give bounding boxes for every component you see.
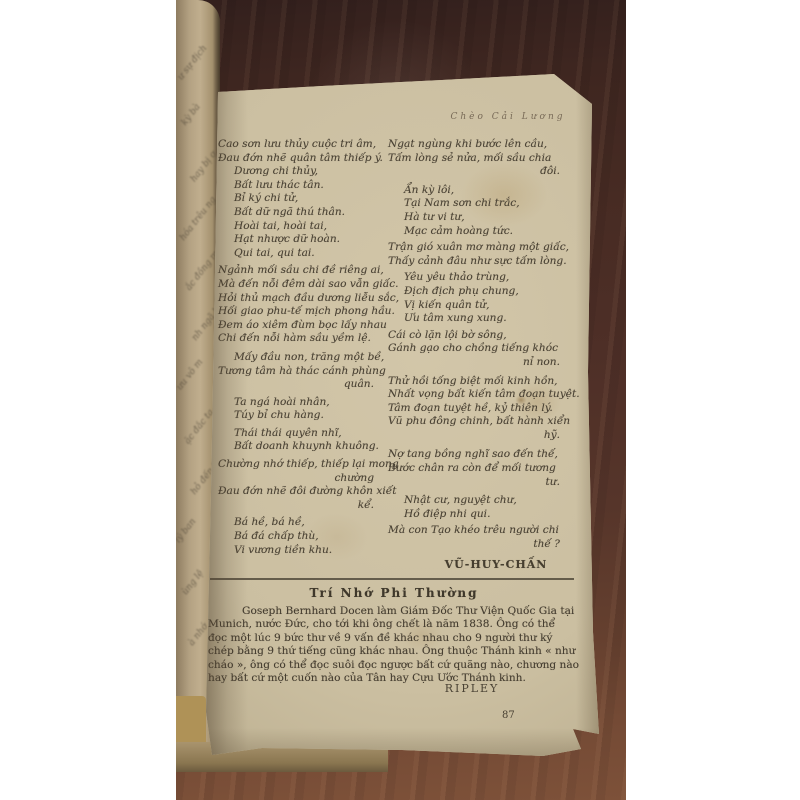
feature-byline: RIPLEY — [402, 682, 542, 695]
screenshot-canvas: ư sự địchkỳ bàhay bị ơhóa trêu ngắc đồng… — [0, 0, 800, 800]
poem-line: Ưu tâm xung xung. — [404, 312, 576, 326]
poem-line: Dương chi thủy, — [234, 165, 390, 179]
poem-line: Bất doanh khuynh khuông. — [234, 440, 390, 454]
poem-line: Mấy đầu non, trăng một bề, — [234, 351, 390, 365]
poem-line: Yêu yêu thảo trùng, — [404, 271, 576, 285]
poem-line: Thấy cảnh đâu như sực tấm lòng. — [388, 255, 576, 269]
poem-line: Mạc cảm hoàng tức. — [404, 225, 576, 239]
book-photo: ư sự địchkỳ bàhay bị ơhóa trêu ngắc đồng… — [176, 0, 626, 800]
poem-line: Mà con Tạo khéo trêu người chi — [388, 524, 576, 538]
page-edge-fragment: à nhớ — [187, 622, 210, 648]
poem-line: Qui tai, qui tai. — [234, 247, 390, 261]
page-edge-fragment: ùng lệ — [181, 569, 206, 598]
section-divider-rule — [210, 578, 574, 580]
poem-line: Vi vương tiền khu. — [234, 544, 390, 558]
poem-line: Hồ điệp nhi qui. — [404, 508, 576, 522]
running-header: Chèo Cải Lương — [428, 112, 588, 122]
feature-paragraph-line: Goseph Bernhard Docen làm Giám Đốc Thư V… — [208, 605, 574, 618]
feature-paragraph-line: cháo », ông có thể đọc suôi đọc ngược bấ… — [208, 659, 574, 672]
poem-line: Cái cò lặn lội bờ sông, — [388, 329, 576, 343]
poem-line: Bất lưu thác tân. — [234, 179, 390, 193]
poem-line-continuation: tư. — [388, 476, 576, 490]
poem-line: Hà tư vi tư, — [404, 211, 576, 225]
poem-line: Bá đá chấp thù, — [234, 530, 390, 544]
feature-paragraph-line: chép bằng 9 thứ tiếng cũng khác nhau. Ôn… — [208, 645, 574, 658]
poem-line: Bỉ ký chi tử, — [234, 192, 390, 206]
poem-line-continuation: hỹ. — [388, 429, 576, 443]
poem-line: Hạt nhược dữ hoàn. — [234, 233, 390, 247]
poem-line-continuation: đôi. — [388, 165, 576, 179]
book-page: Chèo Cải Lương Cao sơn lưu thủy cuộc tri… — [202, 72, 602, 762]
poem-line-continuation: nỉ non. — [388, 356, 576, 370]
page-edge-fragment: ưu vô m — [176, 358, 205, 393]
poem-line: Thái thái quyên nhĩ, — [234, 427, 390, 441]
poem-line: Thử hồi tống biệt mối kinh hồn, — [388, 375, 576, 389]
poem-line: Ẩn kỳ lôi, — [404, 184, 576, 198]
poem-line: Nợ tang bồng nghĩ sao đến thế, — [388, 448, 576, 462]
poem-line: Tấm lòng sẻ nửa, mối sầu chia — [388, 152, 576, 166]
poem-line-continuation: thế ? — [388, 538, 576, 552]
poem-line: Nhất vọng bất kiến tâm đoạn tuyệt. — [388, 388, 576, 402]
poem-line: Ta ngá hoài nhân, — [234, 396, 390, 410]
poem-line: Địch địch phụ chung, — [404, 285, 576, 299]
poem-line: Bước chân ra còn để mối tương — [388, 462, 576, 476]
poem-line: Ngạt ngùng khi bước lên cầu, — [388, 138, 576, 152]
poem-line: Bất dữ ngã thú thân. — [234, 206, 390, 220]
page-edge-fragment: ặc đắc ta — [183, 408, 216, 447]
page-number: 87 — [502, 710, 515, 721]
page-edge-fragment: ư sự địch — [176, 44, 209, 83]
poem-line: Vũ phu đông chinh, bất hành xiển — [388, 415, 576, 429]
poem-line: Tại Nam sơn chi trắc, — [404, 197, 576, 211]
poem-line: Vị kiến quân tử, — [404, 299, 576, 313]
page-edge-fragment: lý ban — [176, 517, 198, 545]
feature-paragraph-line: đọc một lúc 9 bức thư về 9 vấn đề khác n… — [208, 632, 574, 645]
feature-paragraph-line: Munich, nước Đức, cho tới khi ông chết l… — [208, 618, 574, 631]
poem-line: Trận gió xuân mơ màng một giấc, — [388, 241, 576, 255]
poem-line: Tâm đoạn tuyệt hề, kỷ thiên lý. — [388, 402, 576, 416]
poem-line: Gánh gạo cho chồng tiếng khóc — [388, 342, 576, 356]
poem-line: Nhật cư, nguyệt chư, — [404, 494, 576, 508]
feature-title: Trí Nhớ Phi Thường — [262, 586, 526, 600]
poem-author: VŨ-HUY-CHẤN — [414, 558, 578, 571]
poem-line: Túy bỉ chu hàng. — [234, 409, 390, 423]
poem-line: Hoài tai, hoài tai, — [234, 220, 390, 234]
poem-line: Bá hề, bá hề, — [234, 516, 390, 530]
page-edge-fragment: kỳ bà — [180, 102, 203, 127]
feature-paragraph: Goseph Bernhard Docen làm Giám Đốc Thư V… — [208, 605, 574, 685]
poem-right-column: Ngạt ngùng khi bước lên cầu,Tấm lòng sẻ … — [388, 138, 576, 552]
